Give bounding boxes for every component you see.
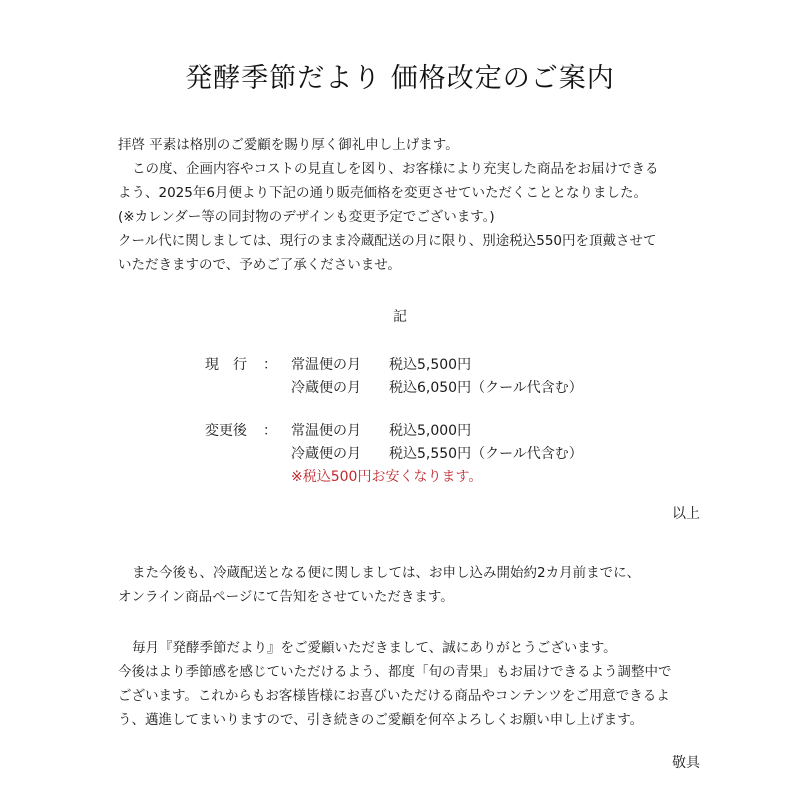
closing-line: 今後はより季節感を感じていただけるよう、都度「旬の青果」もお届けできるよう調整中… [118,660,708,684]
intro-line: よう、2025年6月便より下記の通り販売価格を変更させていただくこととなりました… [118,181,708,205]
discount-note: ※税込500円お安くなります。 [205,466,583,489]
price-row: 現 行 ： 常温便の月 税込5,500円 [205,354,583,377]
intro-line: 拝啓 平素は格別のご愛顧を賜り厚く御礼申し上げます。 [118,133,708,157]
delivery-type: 冷蔵便の月 [291,443,389,466]
changed-label: 変更後 [205,420,263,443]
ijou-text: 以上 [672,503,700,523]
intro-line: いただきますので、予めご了承くださいませ。 [118,253,708,277]
ki-heading: 記 [0,306,800,326]
price-value: 税込5,500円 [389,354,471,377]
closing-line: ございます。これからもお客様皆様にお喜びいただける商品やコンテンツをご用意できる… [118,684,708,708]
changed-price-block: 変更後 ： 常温便の月 税込5,000円 冷蔵便の月 税込5,550円（クール代… [205,420,583,489]
price-value: 税込6,050円（クール代含む） [389,377,583,400]
document-title: 発酵季節だより 価格改定のご案内 [0,56,800,95]
current-label: 現 行 [205,354,263,377]
closing-line: う、邁進してまいりますので、引き続きのご愛顧を何卒よろしくお願い申し上げます。 [118,708,708,732]
current-price-block: 現 行 ： 常温便の月 税込5,500円 冷蔵便の月 税込6,050円（クール代… [205,354,583,400]
keigu-text: 敬具 [672,752,700,772]
intro-line: (※カレンダー等の同封物のデザインも変更予定でございます。) [118,205,708,229]
price-row: 冷蔵便の月 税込5,550円（クール代含む） [205,443,583,466]
notice-line: また今後も、冷蔵配送となる便に関しましては、お申し込み開始約2カ月前までに、 [118,561,708,585]
colon: ： [263,354,291,377]
intro-line: クール代に関しましては、現行のまま冷蔵配送の月に限り、別途税込550円を頂戴させ… [118,229,708,253]
delivery-type: 常温便の月 [291,354,389,377]
price-value: 税込5,000円 [389,420,471,443]
delivery-type: 常温便の月 [291,420,389,443]
price-row: 変更後 ： 常温便の月 税込5,000円 [205,420,583,443]
intro-line: この度、企画内容やコストの見直しを図り、お客様により充実した商品をお届けできる [118,157,708,181]
closing-line: 毎月『発酵季節だより』をご愛顧いただきまして、誠にありがとうございます。 [118,636,708,660]
delivery-type: 冷蔵便の月 [291,377,389,400]
price-value: 税込5,550円（クール代含む） [389,443,583,466]
closing-paragraph: 毎月『発酵季節だより』をご愛顧いただきまして、誠にありがとうございます。 今後は… [118,636,708,732]
notice-paragraph: また今後も、冷蔵配送となる便に関しましては、お申し込み開始約2カ月前までに、 オ… [118,561,708,609]
price-row: 冷蔵便の月 税込6,050円（クール代含む） [205,377,583,400]
colon: ： [263,420,291,443]
intro-paragraph: 拝啓 平素は格別のご愛顧を賜り厚く御礼申し上げます。 この度、企画内容やコストの… [118,133,708,277]
notice-line: オンライン商品ページにて告知をさせていただきます。 [118,585,708,609]
